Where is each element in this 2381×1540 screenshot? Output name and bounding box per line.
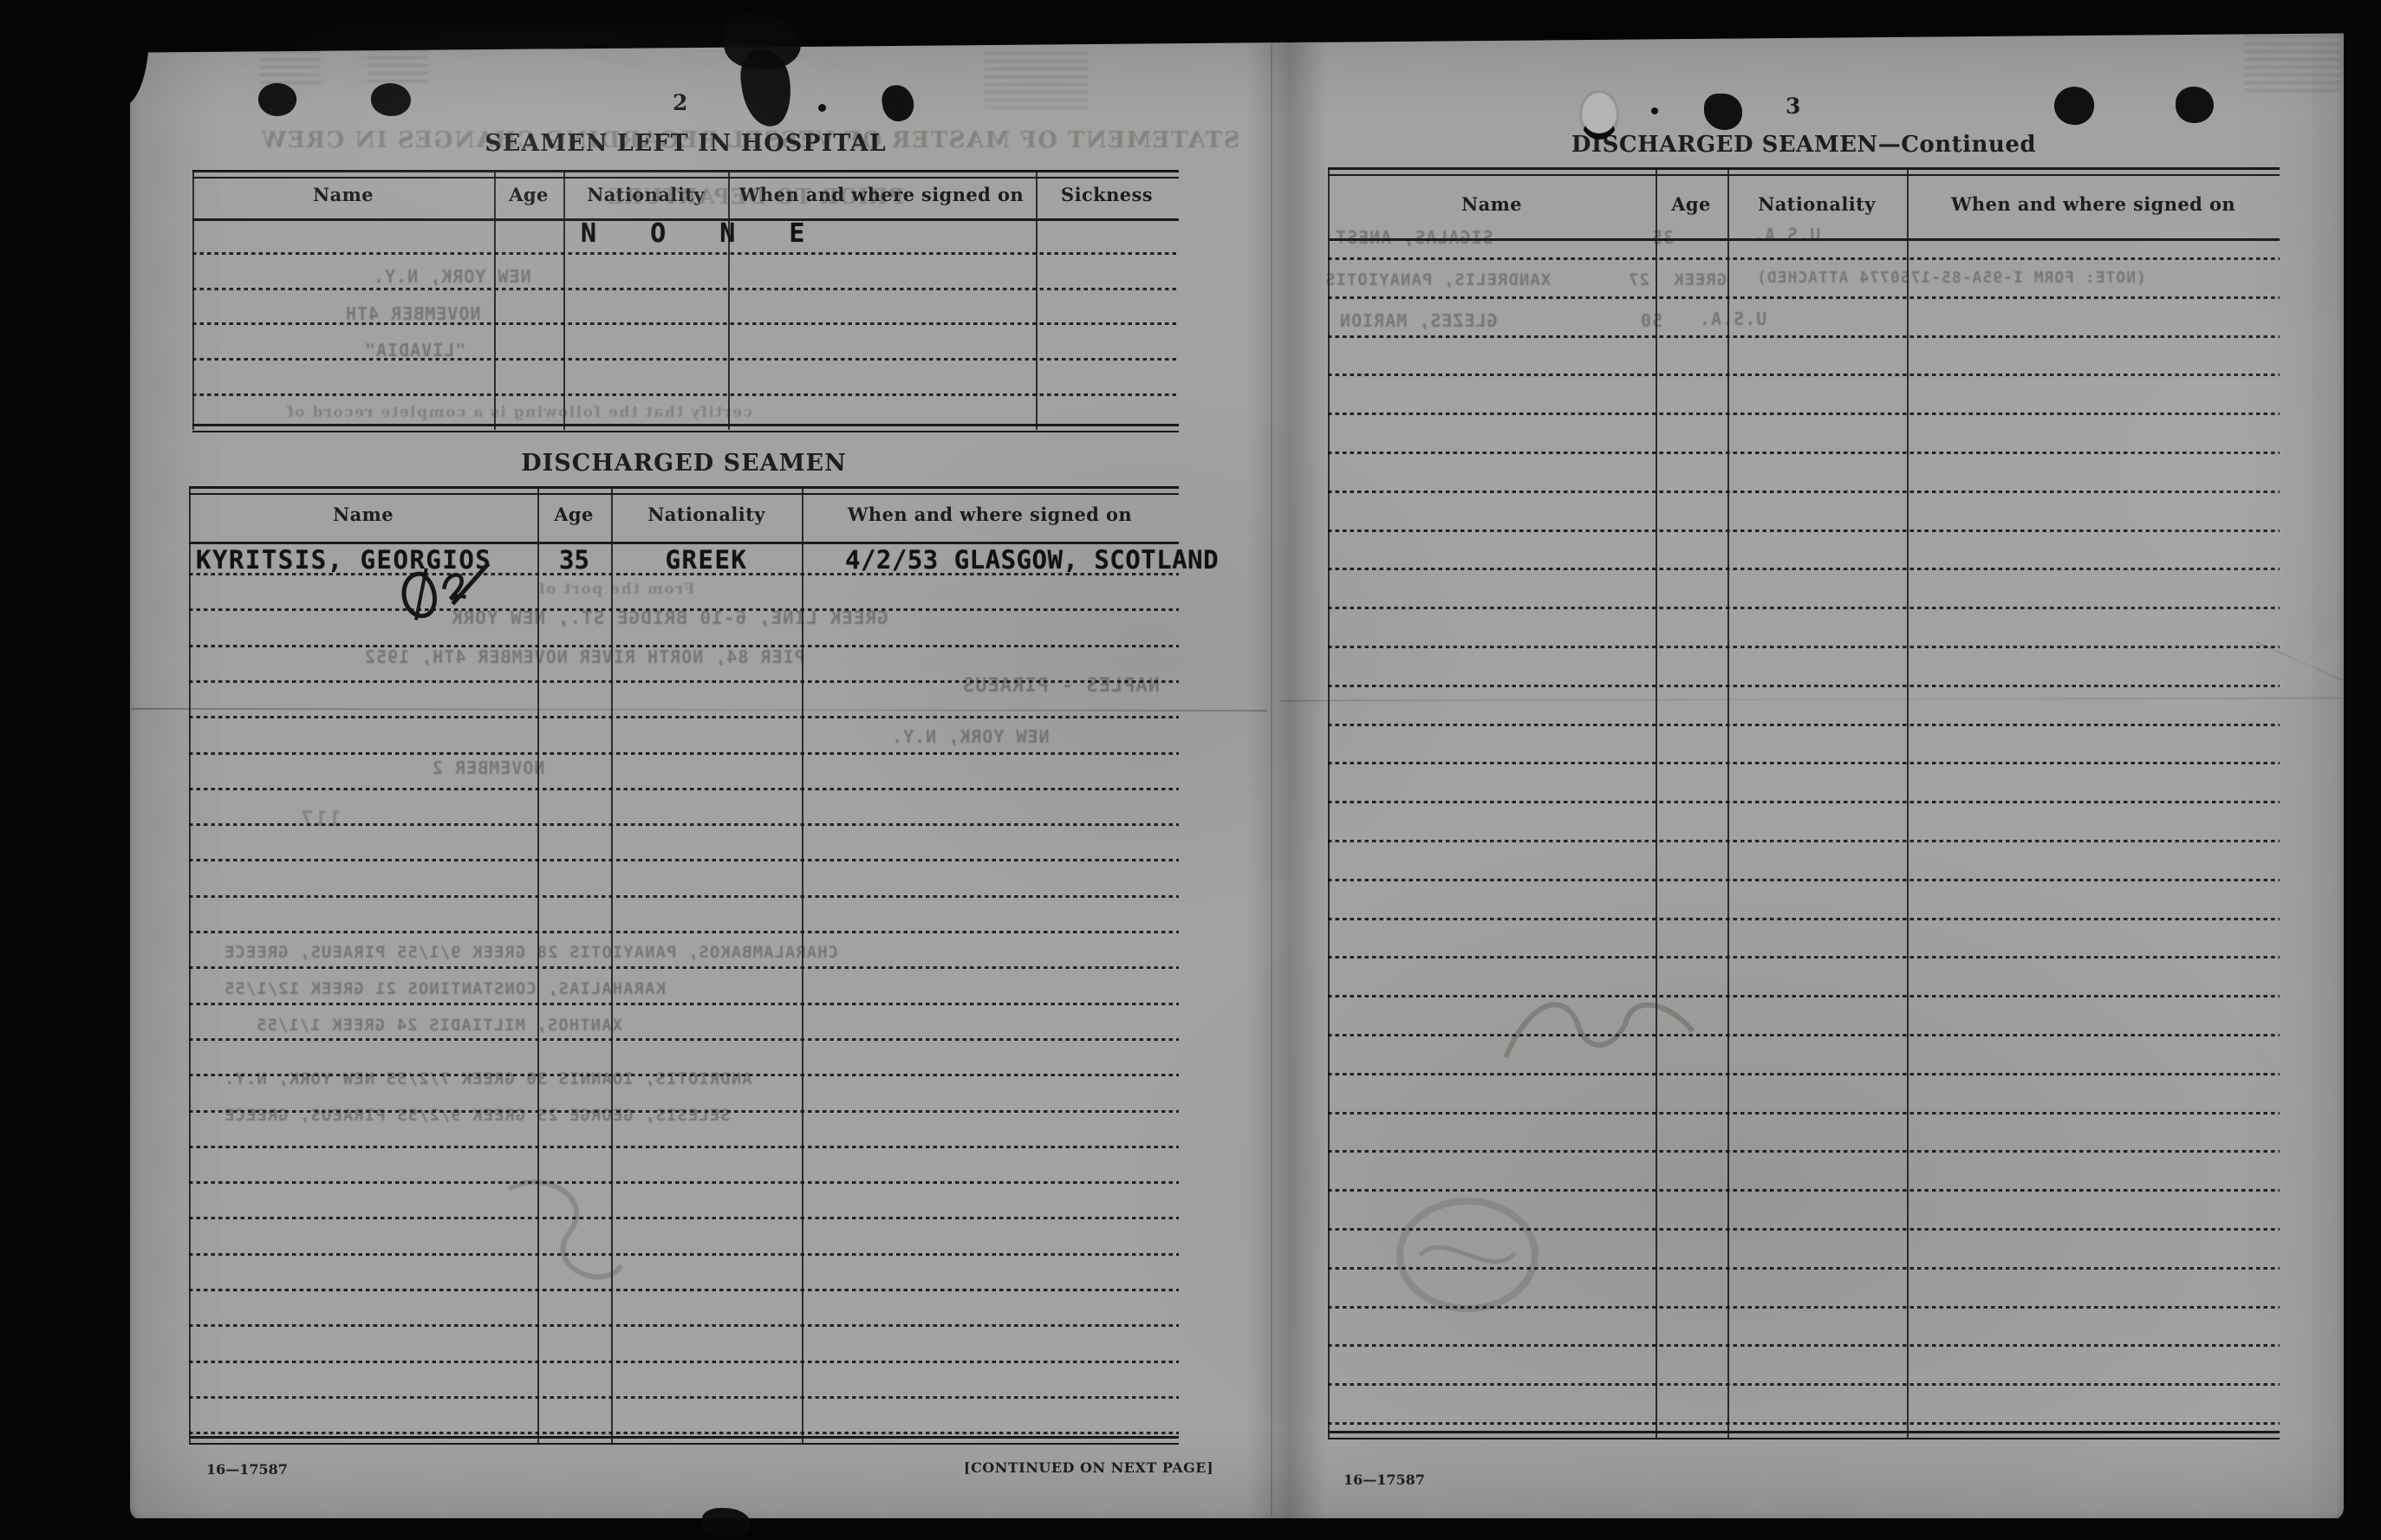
dotted-rule-line [1328, 1112, 2280, 1114]
dotted-rule-line [189, 1181, 1179, 1184]
dotted-rule-line [189, 573, 1179, 575]
dotted-rule-line [1328, 995, 2280, 997]
dotted-rule-line [189, 1038, 1179, 1041]
dotted-rule-line [1328, 685, 2280, 687]
scanner-edge-bottom [0, 1518, 2381, 1540]
dotted-rule-line [192, 322, 1179, 325]
dotted-rule-line [1328, 568, 2280, 570]
dotted-rule-line [189, 823, 1179, 826]
table-bottom-rule [192, 424, 1179, 432]
dotted-rule-line [1328, 801, 2280, 803]
scanner-edge-top [0, 0, 2381, 21]
header-cell-signed-on: When and where signed on [739, 184, 1024, 205]
dotted-rule-line [189, 895, 1179, 898]
dotted-rule-line [189, 966, 1179, 969]
column-divider [802, 486, 803, 1443]
faint-print-smudge [2245, 35, 2340, 95]
dotted-rule-line [1328, 257, 2280, 260]
dotted-rule-line [189, 1253, 1179, 1256]
scanner-edge-right [2344, 0, 2381, 1540]
discharged-table: Name Age Nationality When and where sign… [189, 486, 1179, 1443]
table-bottom-rule [189, 1436, 1179, 1445]
handwritten-mark [391, 553, 511, 634]
dotted-rule-line [192, 288, 1179, 290]
dotted-rule-line [1328, 491, 2280, 493]
dotted-rule-line [189, 1289, 1179, 1291]
header-bottom-rule [189, 542, 1179, 544]
dotted-rule-line [1328, 607, 2280, 609]
dotted-rule-line [192, 358, 1179, 361]
dotted-rule-line [189, 859, 1179, 861]
dotted-rule-line [1328, 956, 2280, 958]
dotted-rule-line [189, 1361, 1179, 1363]
dotted-rule-line [189, 1396, 1179, 1399]
dotted-rule-line [189, 1003, 1179, 1005]
faint-print-smudge [368, 49, 428, 88]
hospital-table: Name Age Nationality When and where sign… [192, 170, 1179, 430]
dotted-rule-line [1328, 1422, 2280, 1425]
header-bottom-rule [1328, 238, 2280, 241]
dotted-rule-line [189, 1074, 1179, 1076]
table-top-rule [1328, 167, 2280, 176]
dotted-rule-line [1328, 413, 2280, 415]
dotted-rule-line [189, 1110, 1179, 1113]
punch-hole [2176, 87, 2214, 123]
dotted-rule-line [1328, 530, 2280, 532]
stamp-bleed-mark [1385, 1186, 1550, 1324]
footer-form-number: 16—17587 [206, 1461, 288, 1478]
faint-print-smudge [985, 52, 1089, 108]
column-divider [563, 170, 565, 430]
ink-blot [702, 1508, 751, 1537]
handwriting-bleed-scribble [1495, 978, 1703, 1082]
dotted-rule-line [1328, 1034, 2280, 1036]
fold-line [1271, 26, 1272, 1517]
header-cell-age: Age [1671, 193, 1711, 215]
dotted-rule-line [1328, 646, 2280, 648]
dotted-rule-line [189, 645, 1179, 647]
discharged-continued-title: DISCHARGED SEAMEN—Continued [1328, 132, 2280, 158]
dotted-rule-line [189, 1217, 1179, 1219]
punch-hole [371, 83, 411, 116]
table-top-rule [192, 170, 1179, 179]
scanned-document: STATEMENT OF MASTER OF VESSEL REGARDING … [0, 0, 2381, 1540]
dotted-rule-line [1328, 296, 2280, 299]
header-cell-sickness: Sickness [1061, 184, 1153, 205]
dotted-rule-line [1328, 374, 2280, 376]
dotted-rule-line [192, 252, 1179, 255]
footer-continued-note: [CONTINUED ON NEXT PAGE] [964, 1459, 1213, 1476]
dotted-rule-line [1328, 762, 2280, 764]
punch-hole-outline [1579, 90, 1619, 140]
dotted-rule-line [1328, 840, 2280, 842]
header-cell-age: Age [509, 184, 549, 205]
none-entry: N O N E [581, 218, 823, 249]
dotted-rule-line [1328, 1383, 2280, 1386]
left-page-number: 2 [673, 90, 687, 115]
table-bottom-rule [1328, 1431, 2280, 1439]
dotted-rule-line [1328, 1344, 2280, 1347]
row-nationality: GREEK [611, 545, 802, 575]
right-page-number: 3 [1786, 94, 1800, 119]
handwriting-bleed-scribble [490, 1161, 637, 1326]
dotted-rule-line [1328, 452, 2280, 454]
dotted-rule-line [1328, 879, 2280, 881]
column-divider [494, 170, 496, 430]
header-cell-age: Age [554, 504, 594, 525]
dotted-rule-line [189, 1146, 1179, 1148]
dotted-rule-line [189, 1324, 1179, 1327]
header-cell-name: Name [313, 184, 374, 205]
dotted-rule-line [1328, 724, 2280, 726]
row-age: 35 [537, 545, 611, 575]
header-cell-name: Name [333, 504, 394, 525]
dotted-rule-line [189, 931, 1179, 933]
dotted-rule-line [1328, 1150, 2280, 1153]
dotted-rule-line [189, 680, 1179, 683]
column-divider [192, 170, 194, 430]
row-signed-on: 4/2/53 GLASGOW, SCOTLAND [845, 545, 1219, 575]
column-divider [1036, 170, 1038, 430]
header-cell-signed-on: When and where signed on [1951, 193, 2235, 215]
discharged-table-title: DISCHARGED SEAMEN [189, 450, 1179, 477]
header-cell-nationality: Nationality [647, 504, 765, 525]
ink-speck [818, 104, 826, 112]
footer-form-number: 16—17587 [1343, 1472, 1425, 1488]
table-top-rule [189, 486, 1179, 495]
header-cell-nationality: Nationality [1758, 193, 1876, 215]
header-cell-name: Name [1461, 193, 1522, 215]
column-divider [189, 486, 191, 1443]
dotted-rule-line [189, 788, 1179, 790]
dotted-rule-line [189, 752, 1179, 755]
punch-hole [1704, 94, 1742, 130]
dotted-rule-line [192, 393, 1179, 396]
header-cell-nationality: Nationality [587, 184, 705, 205]
dotted-rule-line [1328, 918, 2280, 920]
dotted-rule-line [1328, 1073, 2280, 1075]
dotted-rule-line [189, 608, 1179, 611]
column-divider [728, 170, 730, 430]
dotted-rule-line [189, 716, 1179, 718]
scanner-edge-left [0, 0, 130, 1540]
dotted-rule-line [1328, 335, 2280, 338]
header-cell-signed-on: When and where signed on [848, 504, 1132, 525]
ink-speck [1651, 107, 1658, 114]
dotted-rule-line [189, 1432, 1179, 1434]
hospital-table-title: SEAMEN LEFT IN HOSPITAL [192, 130, 1179, 157]
faint-print-smudge [260, 50, 321, 85]
